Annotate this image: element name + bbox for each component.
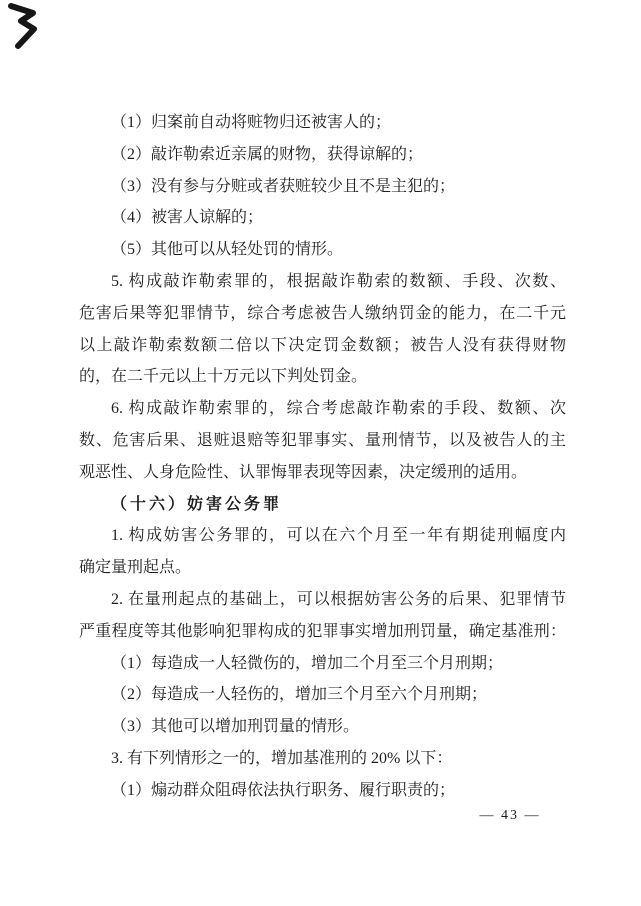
text-line: （5）其他可以从轻处罚的情形。 xyxy=(79,234,566,266)
text-line: 3. 有下列情形之一的，增加基准刑的 20% 以下： xyxy=(79,743,566,775)
text-line: 1. 构成妨害公务罪的，可以在六个月至一年有期徒刑幅度内 xyxy=(79,520,566,552)
text-line: （3）其他可以增加刑罚量的情形。 xyxy=(79,711,566,743)
document-page: （1）归案前自动将赃物归还被害人的；（2）敲诈勒索近亲属的财物，获得谅解的；（3… xyxy=(0,0,641,906)
text-line: （十六）妨害公务罪 xyxy=(79,489,566,521)
ink-mark xyxy=(7,2,41,50)
text-line: 5. 构成敲诈勒索罪的，根据敲诈勒索的数额、手段、次数、 xyxy=(79,266,566,298)
text-line: （3）没有参与分赃或者获赃较少且不是主犯的； xyxy=(79,171,566,203)
text-line: 6. 构成敲诈勒索罪的，综合考虑敲诈勒索的手段、数额、次 xyxy=(79,393,566,425)
text-line: 以上敲诈勒索数额二倍以下决定罚金数额；被告人没有获得财物 xyxy=(79,330,566,362)
text-line: （1）归案前自动将赃物归还被害人的； xyxy=(79,107,566,139)
text-line: （1）煽动群众阻碍依法执行职务、履行职责的； xyxy=(79,775,566,807)
text-line: 严重程度等其他影响犯罪构成的犯罪事实增加刑罚量，确定基准刑： xyxy=(79,616,566,648)
text-line: 的，在二千元以上十万元以下判处罚金。 xyxy=(79,361,566,393)
page-number: — 43 — xyxy=(450,808,570,824)
text-line: （4）被害人谅解的； xyxy=(79,202,566,234)
text-line: （1）每造成一人轻微伤的，增加二个月至三个月刑期； xyxy=(79,648,566,680)
document-lines: （1）归案前自动将赃物归还被害人的；（2）敲诈勒索近亲属的财物，获得谅解的；（3… xyxy=(79,107,566,807)
text-line: 2. 在量刑起点的基础上，可以根据妨害公务的后果、犯罪情节 xyxy=(79,584,566,616)
text-line: （2）敲诈勒索近亲属的财物，获得谅解的； xyxy=(79,139,566,171)
text-line: 确定量刑起点。 xyxy=(79,552,566,584)
text-line: 危害后果等犯罪情节，综合考虑被告人缴纳罚金的能力，在二千元 xyxy=(79,298,566,330)
text-line: 观恶性、人身危险性、认罪悔罪表现等因素，决定缓刑的适用。 xyxy=(79,457,566,489)
text-line: 数、危害后果、退赃退赔等犯罪事实、量刑情节，以及被告人的主 xyxy=(79,425,566,457)
text-line: （2）每造成一人轻伤的，增加三个月至六个月刑期； xyxy=(79,679,566,711)
